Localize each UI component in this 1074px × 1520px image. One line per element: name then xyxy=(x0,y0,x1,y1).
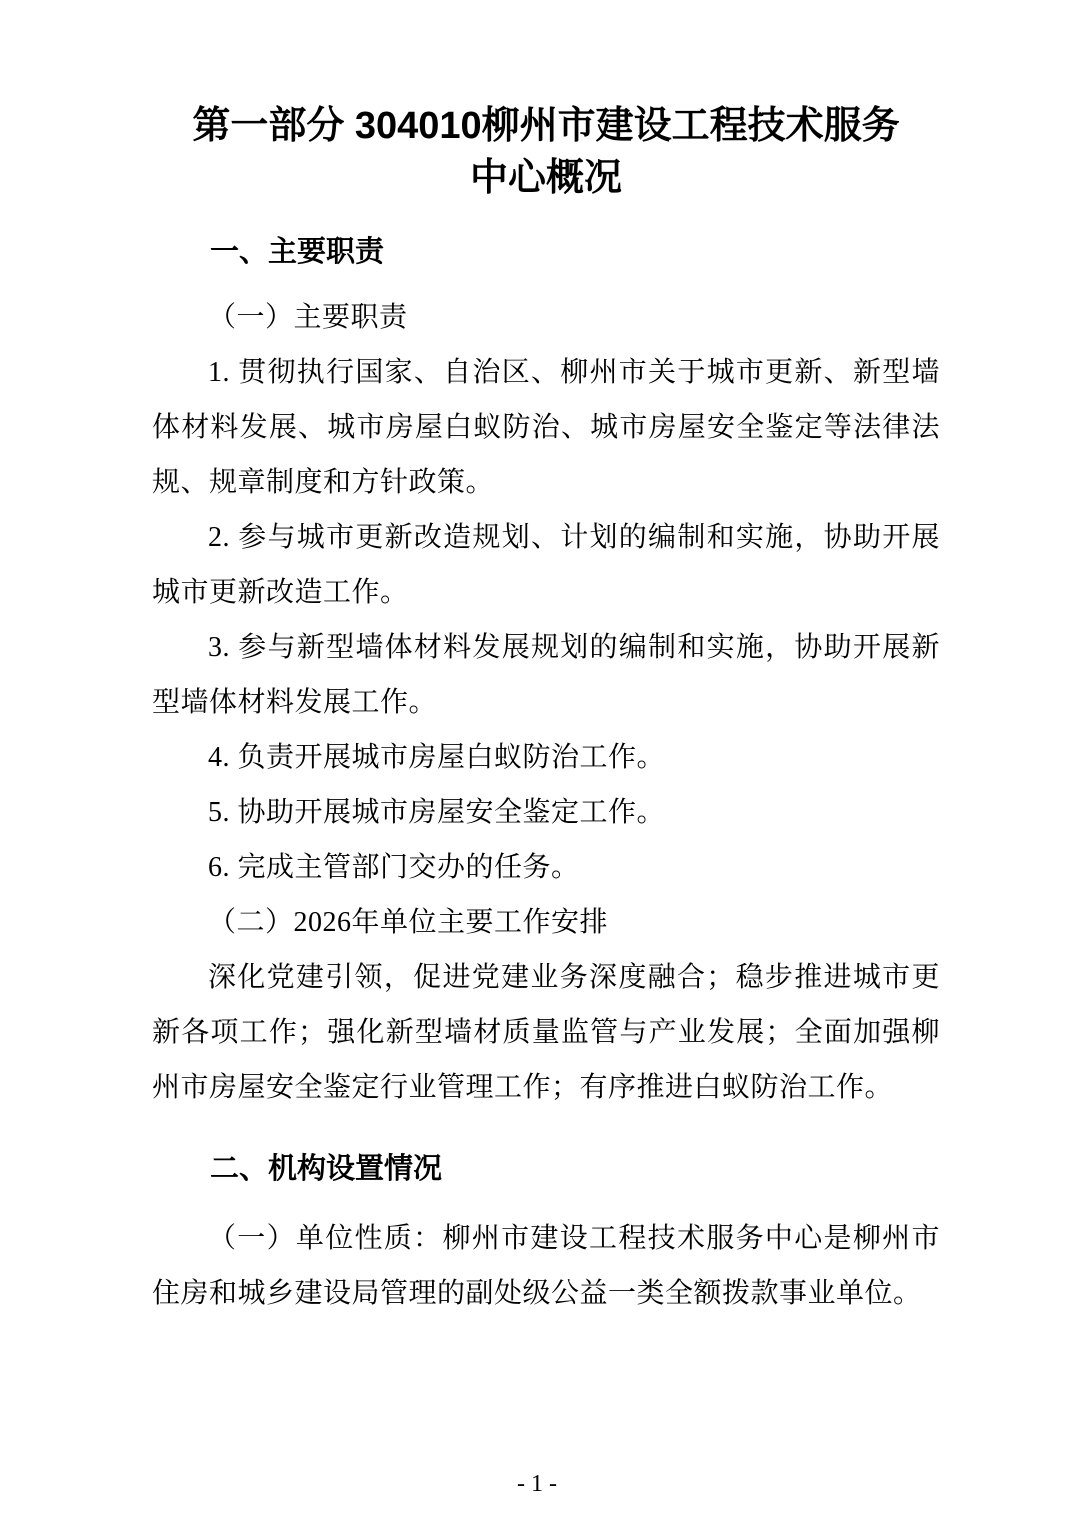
document-title-line-2: 中心概况 xyxy=(152,152,940,204)
paragraph-duty-6: 6. 完成主管部门交办的任务。 xyxy=(152,840,940,895)
paragraph-duty-3: 3. 参与新型墙体材料发展规划的编制和实施，协助开展新型墙体材料发展工作。 xyxy=(152,620,940,730)
paragraph-duty-1: 1. 贯彻执行国家、自治区、柳州市关于城市更新、新型墙体材料发展、城市房屋白蚁防… xyxy=(152,345,940,510)
section-heading-main-duties: 一、主要职责 xyxy=(152,232,940,272)
paragraph-duty-2: 2. 参与城市更新改造规划、计划的编制和实施，协助开展城市更新改造工作。 xyxy=(152,510,940,620)
paragraph-unit-nature: （一）单位性质：柳州市建设工程技术服务中心是柳州市住房和城乡建设局管理的副处级公… xyxy=(152,1211,940,1321)
document-content: 第一部分 304010柳州市建设工程技术服务 中心概况 一、主要职责 （一）主要… xyxy=(0,0,1074,1321)
document-title-line-1: 第一部分 304010柳州市建设工程技术服务 xyxy=(152,100,940,152)
paragraph-subheading-duties: （一）主要职责 xyxy=(152,290,940,345)
section-heading-org-setup: 二、机构设置情况 xyxy=(152,1149,940,1189)
paragraph-duty-4: 4. 负责开展城市房屋白蚁防治工作。 xyxy=(152,730,940,785)
paragraph-duty-5: 5. 协助开展城市房屋安全鉴定工作。 xyxy=(152,785,940,840)
paragraph-subheading-2026-plan: （二）2026年单位主要工作安排 xyxy=(152,895,940,950)
document-title: 第一部分 304010柳州市建设工程技术服务 中心概况 xyxy=(152,100,940,204)
page-number: - 1 - xyxy=(0,1471,1074,1498)
document-page: 第一部分 304010柳州市建设工程技术服务 中心概况 一、主要职责 （一）主要… xyxy=(0,0,1074,1520)
paragraph-2026-plan-detail: 深化党建引领，促进党建业务深度融合；稳步推进城市更新各项工作；强化新型墙材质量监… xyxy=(152,950,940,1115)
